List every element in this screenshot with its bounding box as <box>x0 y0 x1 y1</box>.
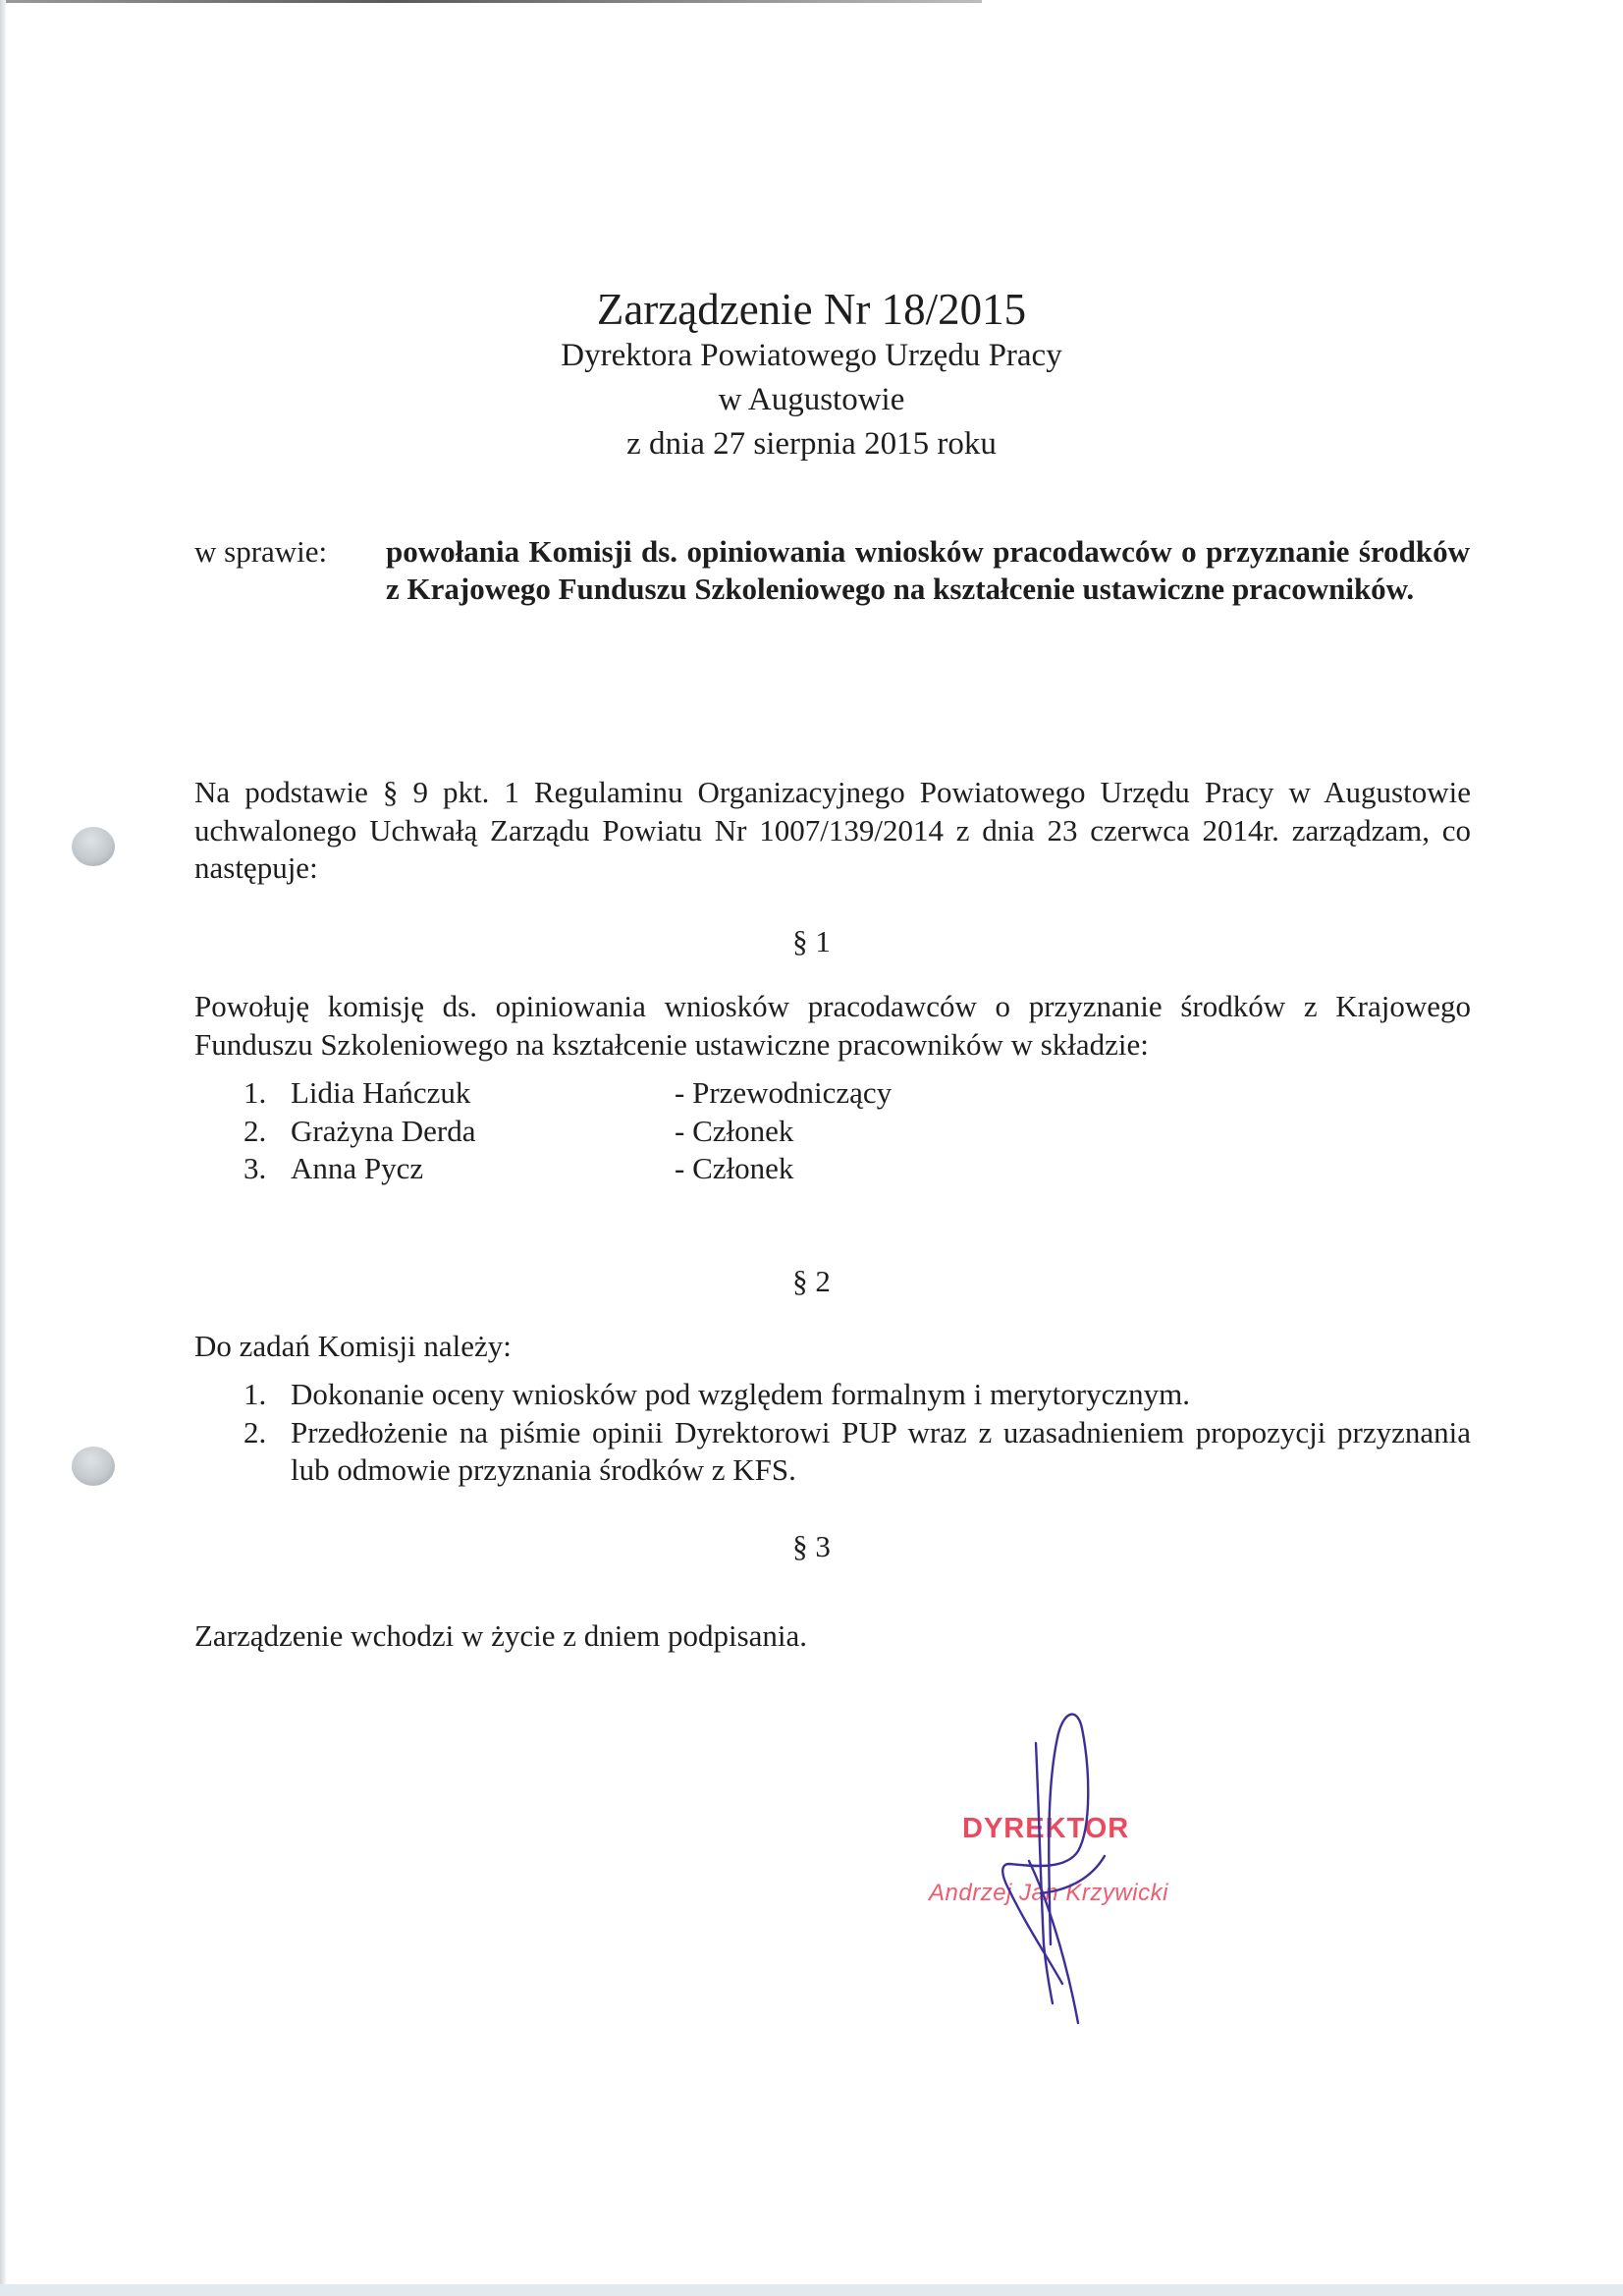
member-role: - Przewodniczący <box>675 1074 892 1113</box>
issuer-line: Dyrektora Powiatowego Urzędu Pracy <box>0 334 1623 378</box>
list-item: 1. Lidia Hańczuk - Przewodniczący <box>243 1074 892 1113</box>
section-mark-2: § 2 <box>0 1264 1623 1299</box>
list-number: 3. <box>243 1150 291 1188</box>
task-text: Przedłożenie na piśmie opinii Dyrektorow… <box>291 1414 1471 1490</box>
date-line: z dnia 27 sierpnia 2015 roku <box>0 422 1623 466</box>
appointment-paragraph: Powołuję komisję ds. opiniowania wnioskó… <box>194 988 1471 1064</box>
scan-bottom-edge <box>0 2284 1623 2296</box>
task-text: Dokonanie oceny wniosków pod względem fo… <box>291 1376 1471 1414</box>
list-number: 1. <box>243 1074 291 1113</box>
subject-label: w sprawie: <box>194 533 327 571</box>
list-number: 2. <box>243 1113 291 1151</box>
list-number: 1. <box>243 1376 291 1414</box>
list-number: 2. <box>243 1414 291 1490</box>
list-item: 1. Dokonanie oceny wniosków pod względem… <box>243 1376 1471 1414</box>
list-item: 2. Przedłożenie na piśmie opinii Dyrekto… <box>243 1414 1471 1490</box>
member-name: Anna Pycz <box>291 1150 675 1188</box>
committee-members-list: 1. Lidia Hańczuk - Przewodniczący 2. Gra… <box>243 1074 892 1188</box>
signature-icon <box>903 1689 1257 2043</box>
section-mark-1: § 1 <box>0 924 1623 959</box>
list-item: 2. Grażyna Derda - Członek <box>243 1113 892 1151</box>
member-role: - Członek <box>675 1113 793 1151</box>
member-role: - Członek <box>675 1150 793 1188</box>
document-title: Zarządzenie Nr 18/2015 <box>0 285 1623 334</box>
effective-date-paragraph: Zarządzenie wchodzi w życie z dniem podp… <box>194 1617 1471 1656</box>
section-mark-3: § 3 <box>0 1529 1623 1564</box>
committee-tasks-list: 1. Dokonanie oceny wniosków pod względem… <box>243 1376 1471 1490</box>
punch-hole-icon <box>72 1447 115 1486</box>
member-name: Grażyna Derda <box>291 1113 675 1151</box>
punch-hole-icon <box>72 827 115 866</box>
subject-text: powołania Komisji ds. opiniowania wniosk… <box>386 533 1470 608</box>
member-name: Lidia Hańczuk <box>291 1074 675 1113</box>
scan-top-edge <box>0 0 982 3</box>
list-item: 3. Anna Pycz - Członek <box>243 1150 892 1188</box>
location-line: w Augustowie <box>0 378 1623 422</box>
tasks-intro: Do zadań Komisji należy: <box>194 1328 1471 1366</box>
legal-basis-paragraph: Na podstawie § 9 pkt. 1 Regulaminu Organ… <box>194 774 1471 888</box>
document-header: Zarządzenie Nr 18/2015 Dyrektora Powiato… <box>0 285 1623 466</box>
